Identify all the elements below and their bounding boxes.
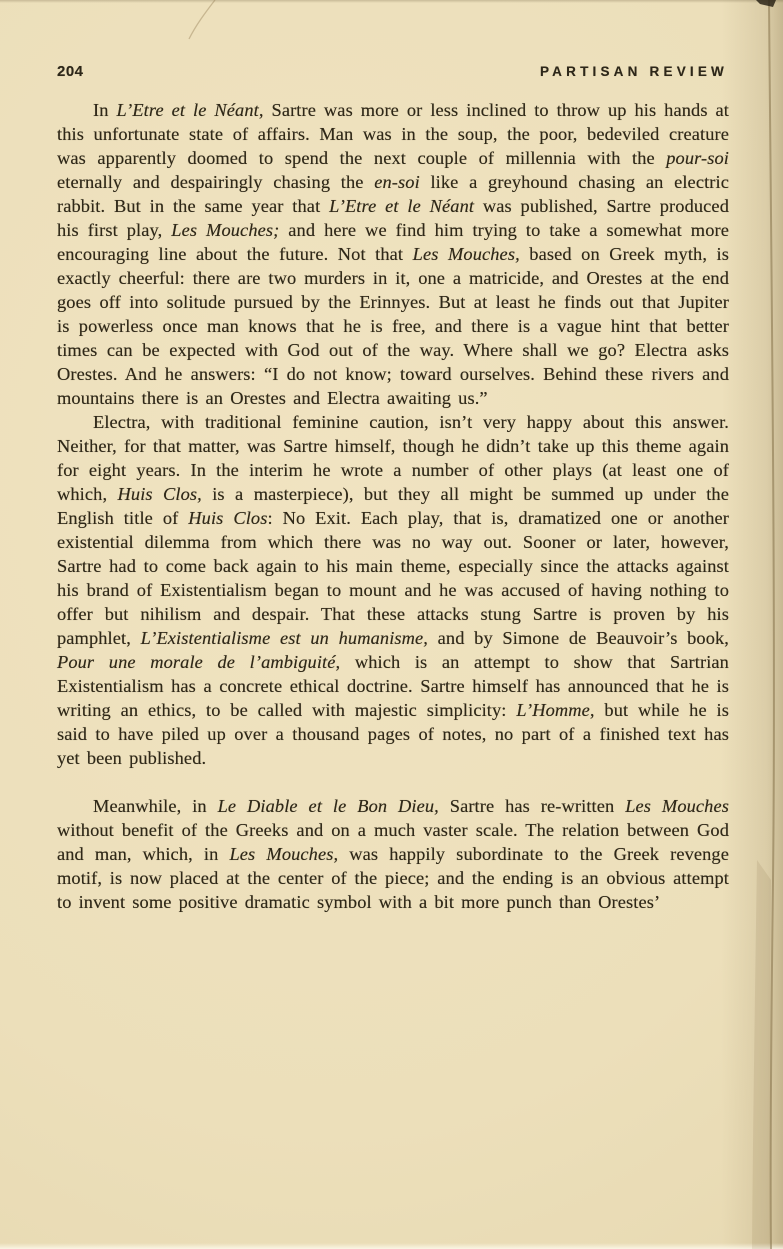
page-edge-inner-shadow	[752, 860, 771, 1249]
paragraph-2: Electra, with traditional feminine cauti…	[57, 410, 729, 770]
paragraph-3: Meanwhile, in Le Diable et le Bon Dieu, …	[57, 794, 729, 914]
scanned-page: 204 PARTISAN REVIEW In L’Etre et le Néan…	[0, 0, 783, 1249]
article-text: In L’Etre et le Néant, Sartre was more o…	[57, 98, 729, 914]
page-edge-line	[769, 0, 774, 1249]
corner-ink-mark	[756, 0, 776, 7]
paragraph-1: In L’Etre et le Néant, Sartre was more o…	[57, 98, 729, 410]
scratch-mark	[189, 0, 215, 39]
page-number: 204	[57, 63, 84, 80]
journal-title: PARTISAN REVIEW	[540, 64, 728, 79]
running-header: 204 PARTISAN REVIEW	[57, 63, 728, 80]
